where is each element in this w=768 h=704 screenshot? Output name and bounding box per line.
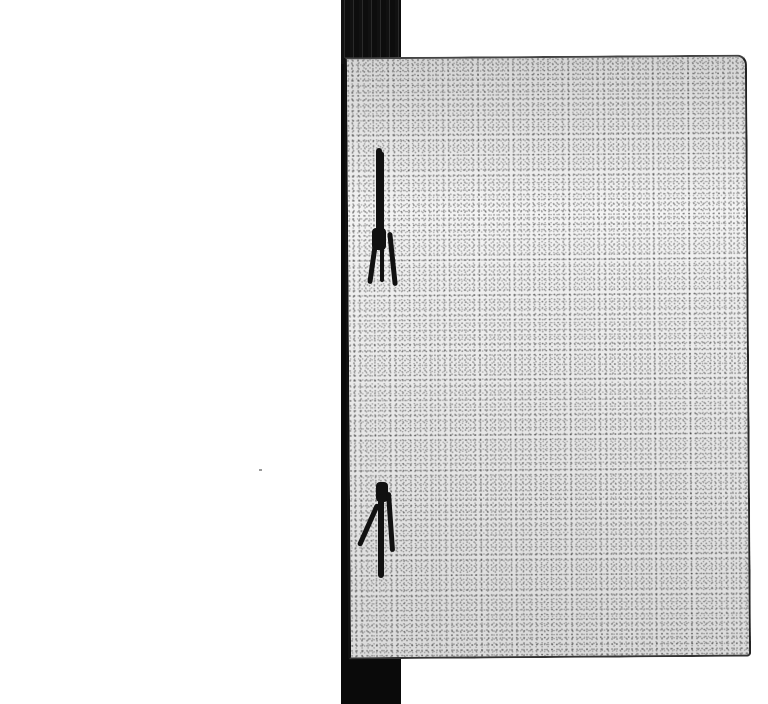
scan-speck: [259, 469, 262, 471]
string-tie-top-icon: [366, 148, 402, 288]
string-tie-bottom-icon: [358, 478, 406, 582]
scanned-page: [0, 0, 768, 704]
spine-top-edge: [341, 0, 401, 64]
cover-shading: [347, 57, 749, 658]
